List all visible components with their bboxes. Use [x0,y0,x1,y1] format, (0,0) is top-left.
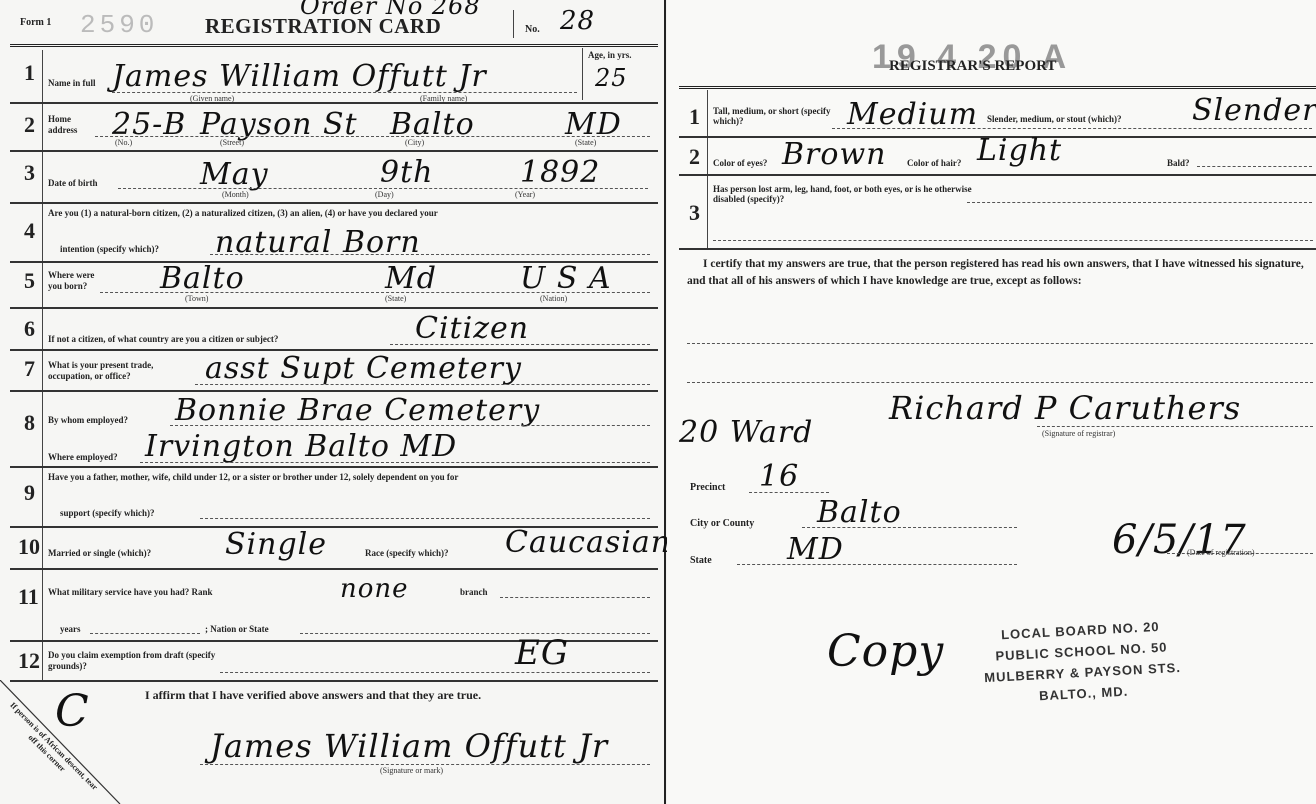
exemption-label: Do you claim exemption from draft (speci… [48,650,218,672]
state-label: State [690,555,712,566]
month-caption: (Month) [222,190,249,199]
citizenship-question: Are you (1) a natural-born citizen, (2) … [48,208,438,218]
form-label: Form 1 [20,17,51,28]
name-label: Name in full [48,78,96,88]
occupation-label: What is your present trade, occupation, … [48,360,198,382]
dob-day[interactable]: 9th [380,158,433,188]
eye-color-value[interactable]: Brown [782,140,886,170]
precinct-label: Precinct [690,482,725,493]
local-board-stamp: Local Board No. 20 Public School No. 50 … [940,613,1224,712]
certification-text: I certify that my answers are true, that… [687,256,1312,290]
military-rank-value[interactable]: none [340,576,409,602]
registrars-report: 19 4 20 A REGISTRAR'S REPORT 1 Tall, med… [667,0,1316,804]
dob-month[interactable]: May [200,160,269,190]
bald-label: Bald? [1167,158,1190,168]
dob-label: Date of birth [48,178,98,188]
foreign-citizen-label: If not a citizen, of what country are yo… [48,334,278,344]
serial-number: 2590 [80,10,158,40]
height-value[interactable]: Medium [847,100,978,130]
dob-year[interactable]: 1892 [520,158,600,188]
ward-note: 20 Ward [679,418,813,448]
hair-color-label: Color of hair? [907,158,961,168]
age-label: Age, in yrs. [588,50,648,60]
height-label: Tall, medium, or short (specify which)? [713,106,833,126]
birthplace-label: Where were you born? [48,270,98,292]
year-caption: (Year) [515,190,535,199]
marital-label: Married or single (which)? [48,548,151,558]
dependents-question: Have you a father, mother, wife, child u… [48,472,458,482]
hair-color-value[interactable]: Light [977,136,1062,166]
signature-caption: (Signature or mark) [380,766,443,775]
birth-nation[interactable]: U S A [520,264,612,294]
registrant-signature[interactable]: James William Offutt Jr [210,730,608,762]
bald-field[interactable] [1197,166,1312,167]
name-value[interactable]: James William Offutt Jr [112,62,487,92]
race-label: Race (specify which)? [365,548,448,558]
occupation-value[interactable]: asst Supt Cemetery [205,354,522,384]
report-title: REGISTRAR'S REPORT [889,58,1056,75]
support-label: support (specify which)? [60,508,155,518]
disability-label: Has person lost arm, leg, hand, foot, or… [713,184,993,204]
city-county-label: City or County [690,518,754,529]
city-county-value[interactable]: Balto [817,498,902,528]
city-caption: (City) [405,138,424,147]
day-caption: (Day) [375,190,394,199]
order-number-annotation: Order No 268 [300,0,481,18]
years-label: years [60,624,81,634]
no-caption: (No.) [115,138,132,147]
marital-value[interactable]: Single [225,530,327,560]
employer-label: By whom employed? [48,415,128,425]
nation-state-label: ; Nation or State [205,624,269,634]
corner-mark: C [55,690,90,734]
town-caption: (Town) [185,294,208,303]
dependents-field[interactable] [200,518,650,519]
birth-state[interactable]: Md [385,264,437,294]
card-no-label: No. [525,24,540,35]
affirmation-text: I affirm that I have verified above answ… [145,688,481,703]
work-location-value[interactable]: Irvington Balto MD [145,432,457,462]
state-caption: (State) [575,138,596,147]
state-value[interactable]: MD [787,535,844,565]
registrar-caption: (Signature of registrar) [1042,429,1115,438]
employer-value[interactable]: Bonnie Brae Cemetery [175,396,540,426]
nation-caption: (Nation) [540,294,567,303]
card-no-value: 28 [560,8,595,34]
address-label: Home address [48,114,93,136]
precinct-value[interactable]: 16 [759,462,799,492]
race-value[interactable]: Caucasian [505,528,671,558]
foreign-citizen-value[interactable]: Citizen [415,314,529,344]
disability-field[interactable] [967,202,1312,203]
birth-town[interactable]: Balto [160,264,245,294]
street-caption: (Street) [220,138,244,147]
branch-label: branch [460,587,488,597]
state-caption: (State) [385,294,406,303]
registrar-signature[interactable]: Richard P Caruthers [889,392,1241,424]
build-value[interactable]: Slender [1192,96,1316,126]
exemption-value[interactable]: EG [515,636,569,670]
eye-color-label: Color of eyes? [713,158,767,168]
intention-label: intention (specify which)? [60,244,159,254]
build-label: Slender, medium, or stout (which)? [987,114,1122,124]
copy-note: Copy [827,630,944,674]
military-service-label: What military service have you had? Rank [48,587,213,597]
registration-card: Form 1 2590 REGISTRATION CARD Order No 2… [0,0,666,804]
date-caption: (Date of registration) [1187,548,1255,557]
work-location-label: Where employed? [48,452,118,462]
age-value[interactable]: 25 [595,66,628,90]
